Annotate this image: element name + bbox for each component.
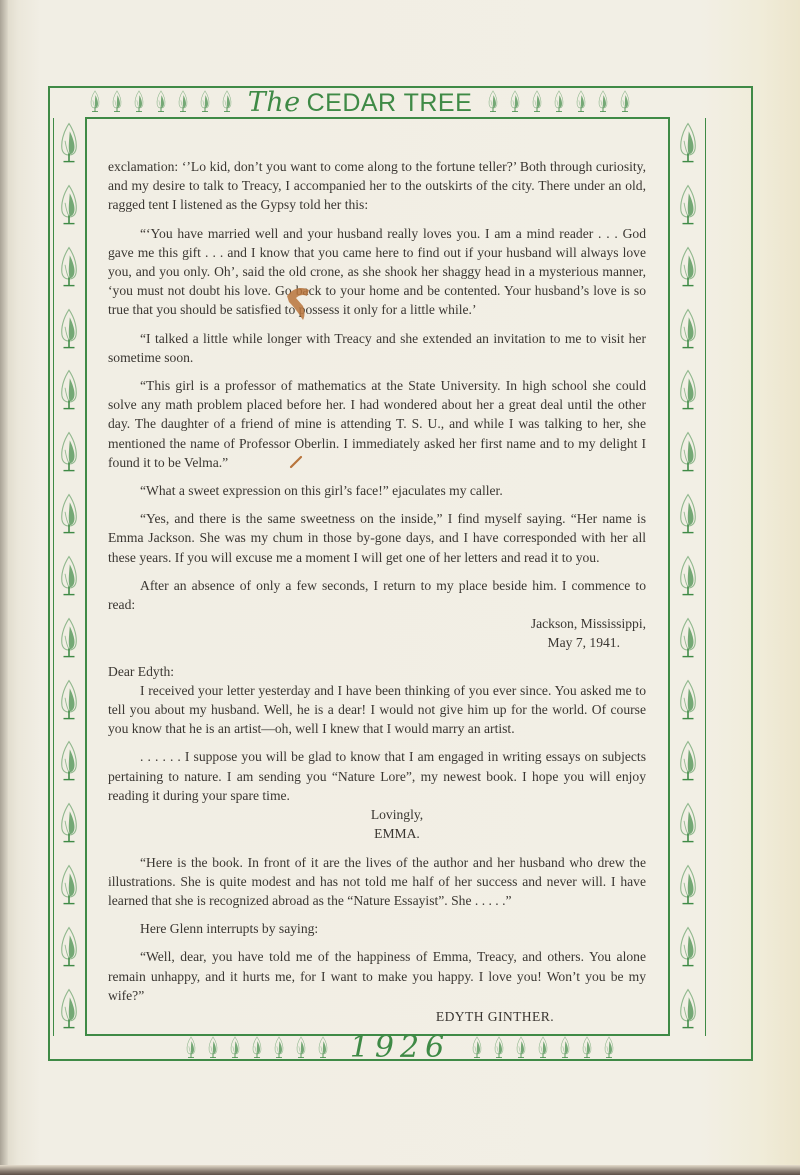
cedar-tree-icon	[677, 988, 699, 1032]
cedar-tree-icon	[316, 1036, 330, 1060]
publication-year: 1926	[350, 1033, 450, 1063]
cedar-tree-icon	[58, 679, 80, 723]
paragraph: Here Glenn interrupts by saying:	[108, 919, 646, 938]
letter-closing: Lovingly,	[148, 805, 646, 824]
cedar-tree-icon	[58, 617, 80, 661]
letter-paragraph: I received your letter yesterday and I h…	[108, 681, 646, 739]
cedar-tree-icon	[677, 555, 699, 599]
cedar-tree-icon	[677, 679, 699, 723]
paragraph: “This girl is a professor of mathematics…	[108, 376, 646, 472]
cedar-tree-icon	[492, 1036, 506, 1060]
cedar-tree-icon	[58, 246, 80, 290]
cedar-tree-icon	[176, 90, 190, 114]
cedar-tree-icon	[677, 122, 699, 166]
letter-place: Jackson, Mississippi,	[108, 614, 646, 633]
cedar-tree-icon	[596, 90, 610, 114]
paragraph: “Here is the book. In front of it are th…	[108, 853, 646, 911]
cedar-tree-icon	[508, 90, 522, 114]
title-prefix: The	[248, 87, 301, 118]
cedar-tree-icon	[184, 1036, 198, 1060]
ink-mark	[289, 455, 303, 469]
cedar-tree-icon	[677, 369, 699, 413]
cedar-tree-icon	[486, 90, 500, 114]
cedar-tree-icon	[677, 926, 699, 970]
header-trees-left	[88, 90, 234, 114]
right-tree-border	[672, 122, 704, 1032]
letter-date: May 7, 1941.	[108, 633, 646, 652]
cedar-tree-icon	[677, 431, 699, 475]
publication-title: TheCEDAR TREE	[248, 89, 473, 116]
article-body: exclamation: ‘’Lo kid, don’t you want to…	[108, 157, 646, 1026]
paragraph: “I talked a little while longer with Tre…	[108, 329, 646, 367]
author-byline: EDYTH GINTHER.	[108, 1007, 646, 1026]
page-header: TheCEDAR TREE	[50, 88, 670, 116]
right-border-line	[705, 118, 706, 1036]
cedar-tree-icon	[110, 90, 124, 114]
cedar-tree-icon	[58, 369, 80, 413]
letter-salutation: Dear Edyth:	[108, 662, 646, 681]
paragraph: “What a sweet expression on this girl’s …	[108, 481, 646, 500]
cedar-tree-icon	[552, 90, 566, 114]
cedar-tree-icon	[58, 802, 80, 846]
cedar-tree-icon	[580, 1036, 594, 1060]
page-stain	[285, 282, 315, 322]
title-main: CEDAR TREE	[307, 89, 473, 117]
cedar-tree-icon	[58, 740, 80, 784]
cedar-tree-icon	[88, 90, 102, 114]
cedar-tree-icon	[514, 1036, 528, 1060]
cedar-tree-icon	[58, 122, 80, 166]
cedar-tree-icon	[574, 90, 588, 114]
cedar-tree-icon	[272, 1036, 286, 1060]
cedar-tree-icon	[132, 90, 146, 114]
cedar-tree-icon	[677, 864, 699, 908]
paragraph: “‘You have married well and your husband…	[108, 224, 646, 320]
cedar-tree-icon	[677, 740, 699, 784]
cedar-tree-icon	[58, 555, 80, 599]
letter-paragraph: . . . . . . I suppose you will be glad t…	[108, 747, 646, 805]
paragraph: “Yes, and there is the same sweetness on…	[108, 509, 646, 567]
paragraph: After an absence of only a few seconds, …	[108, 576, 646, 614]
cedar-tree-icon	[228, 1036, 242, 1060]
cedar-tree-icon	[530, 90, 544, 114]
cedar-tree-icon	[58, 988, 80, 1032]
page-footer: 1926	[50, 1036, 750, 1060]
cedar-tree-icon	[677, 184, 699, 228]
cedar-tree-icon	[58, 864, 80, 908]
cedar-tree-icon	[58, 926, 80, 970]
letter-signature: EMMA.	[148, 824, 646, 843]
binding-shadow	[0, 0, 8, 1175]
cedar-tree-icon	[558, 1036, 572, 1060]
cedar-tree-icon	[58, 308, 80, 352]
cedar-tree-icon	[536, 1036, 550, 1060]
cedar-tree-icon	[206, 1036, 220, 1060]
cedar-tree-icon	[58, 431, 80, 475]
letter-dateline: Jackson, Mississippi, May 7, 1941.	[108, 614, 646, 652]
footer-trees-left	[184, 1036, 330, 1060]
page-edge-shadow	[0, 1165, 800, 1175]
footer-trees-right	[470, 1036, 616, 1060]
cedar-tree-icon	[294, 1036, 308, 1060]
cedar-tree-icon	[602, 1036, 616, 1060]
cedar-tree-icon	[220, 90, 234, 114]
paragraph: exclamation: ‘’Lo kid, don’t you want to…	[108, 157, 646, 215]
left-tree-border	[54, 122, 84, 1032]
paragraph: “Well, dear, you have told me of the hap…	[108, 947, 646, 1005]
cedar-tree-icon	[154, 90, 168, 114]
cedar-tree-icon	[58, 493, 80, 537]
cedar-tree-icon	[677, 617, 699, 661]
cedar-tree-icon	[677, 802, 699, 846]
cedar-tree-icon	[250, 1036, 264, 1060]
cedar-tree-icon	[677, 493, 699, 537]
letter-closing-block: Lovingly, EMMA.	[108, 805, 646, 843]
cedar-tree-icon	[58, 184, 80, 228]
cedar-tree-icon	[618, 90, 632, 114]
scanned-page: TheCEDAR TREE	[0, 0, 800, 1175]
cedar-tree-icon	[677, 308, 699, 352]
header-trees-right	[486, 90, 632, 114]
cedar-tree-icon	[470, 1036, 484, 1060]
cedar-tree-icon	[198, 90, 212, 114]
cedar-tree-icon	[677, 246, 699, 290]
